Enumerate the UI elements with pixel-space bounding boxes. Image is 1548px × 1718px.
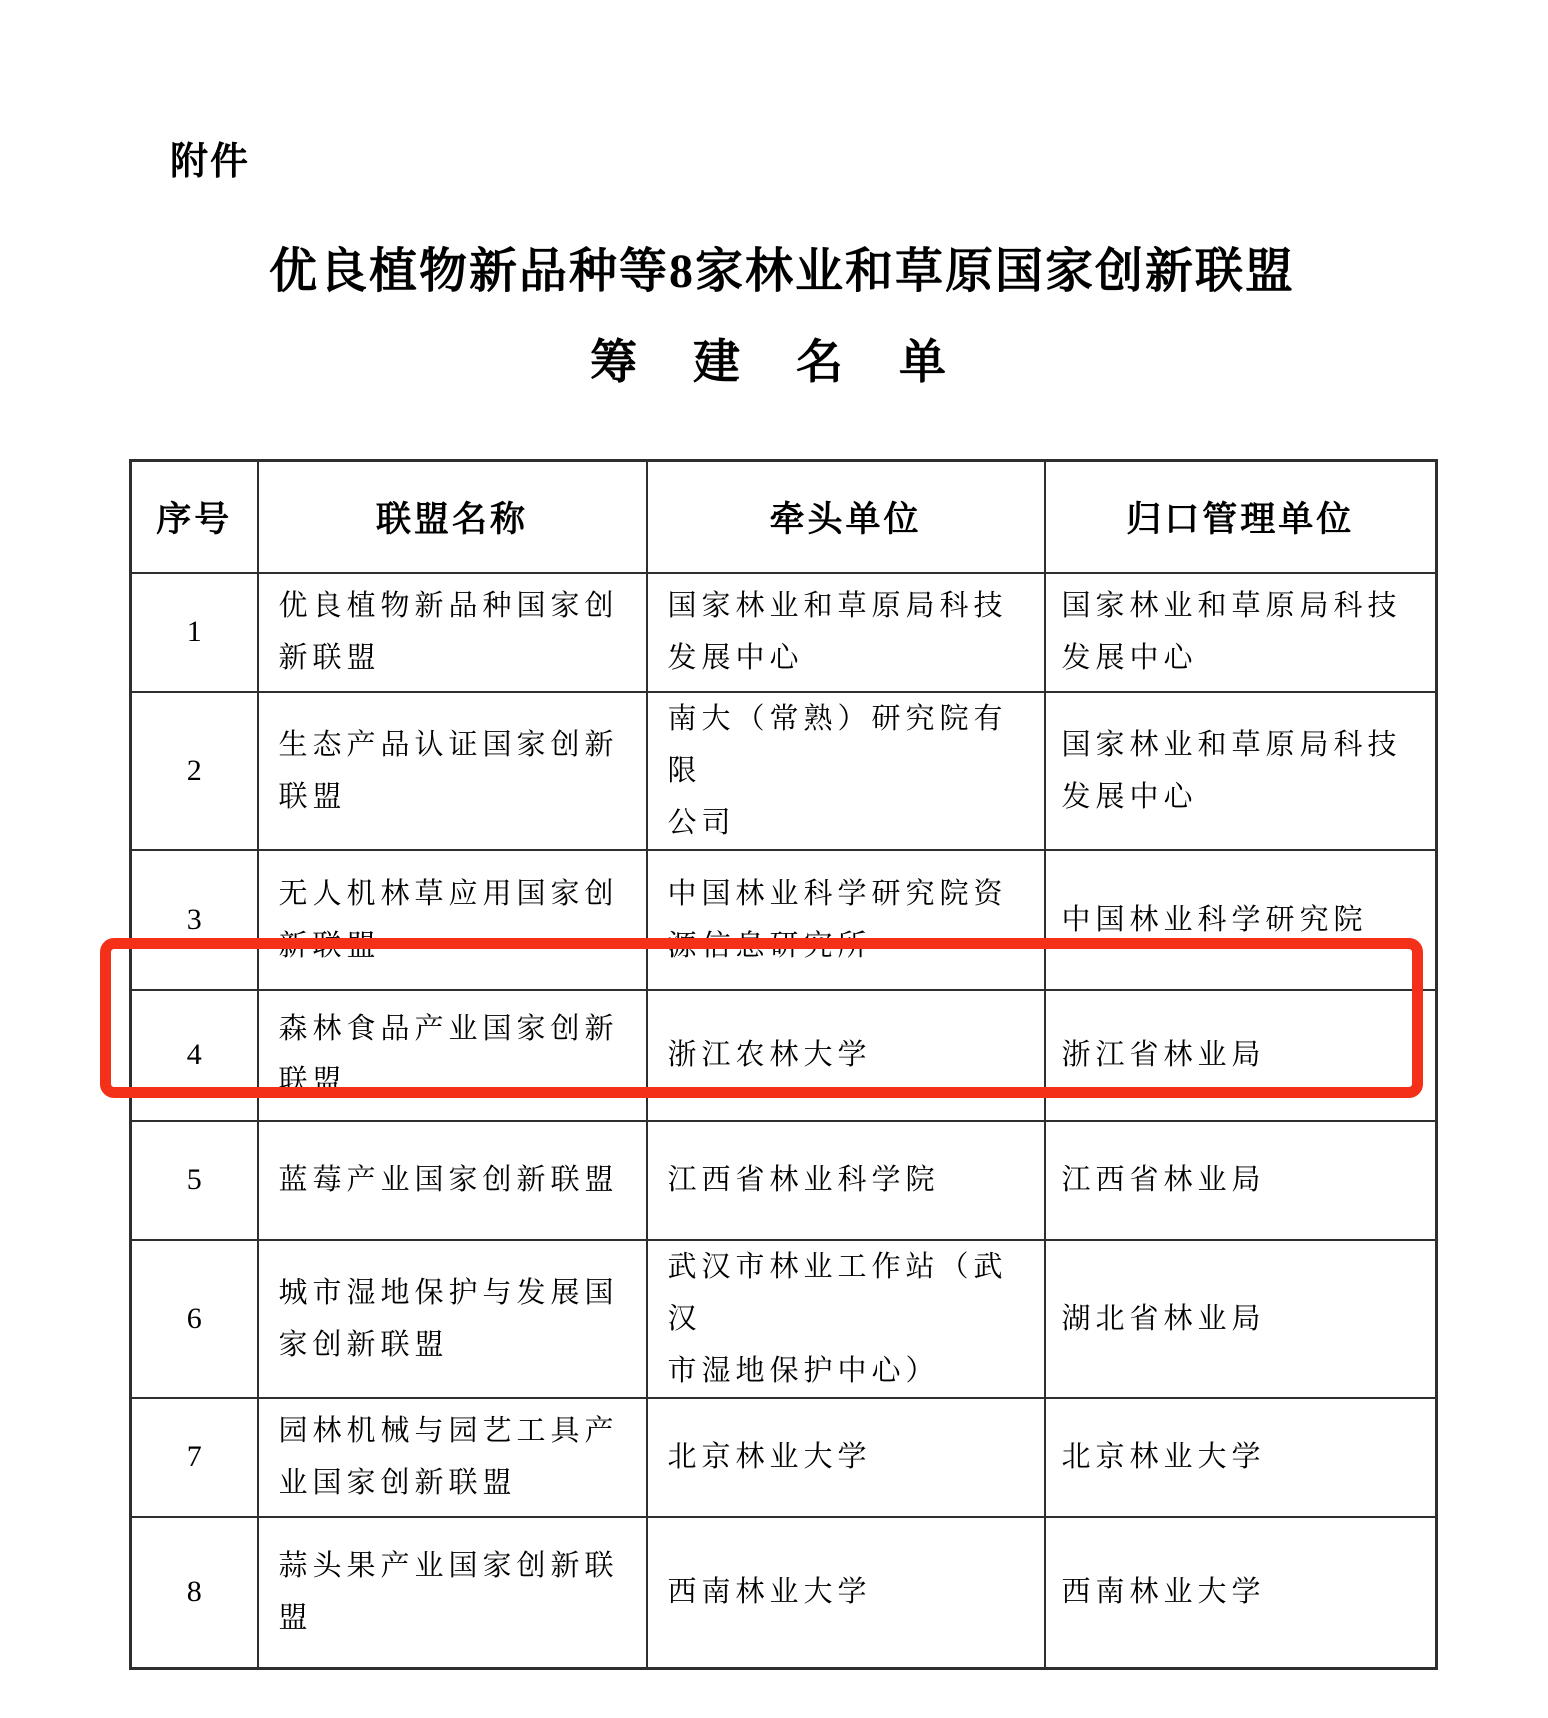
cell-lead-unit: 西南林业大学 [647,1517,1045,1669]
cell-index: 6 [131,1240,258,1398]
table-row-highlighted: 4 森林食品产业国家创新 联盟 浙江农林大学 浙江省林业局 [131,990,1437,1121]
cell-alliance-name: 优良植物新品种国家创 新联盟 [258,573,647,692]
cell-lead-unit: 江西省林业科学院 [647,1121,1045,1240]
document-title-line1: 优良植物新品种等8家林业和草原国家创新联盟 [129,240,1435,304]
cell-admin-unit: 国家林业和草原局科技 发展中心 [1045,573,1437,692]
cell-index: 2 [131,692,258,850]
cell-admin-unit: 湖北省林业局 [1045,1240,1437,1398]
document-page: 附件 优良植物新品种等8家林业和草原国家创新联盟 筹建名单 序号 联盟名称 牵头… [0,0,1548,1718]
table-row: 8 蒜头果产业国家创新联 盟 西南林业大学 西南林业大学 [131,1517,1437,1669]
cell-lead-unit: 浙江农林大学 [647,990,1045,1121]
cell-index: 1 [131,573,258,692]
cell-admin-unit: 浙江省林业局 [1045,990,1437,1121]
cell-lead-unit: 国家林业和草原局科技 发展中心 [647,573,1045,692]
cell-lead-unit: 南大（常熟）研究院有限 公司 [647,692,1045,850]
table-row: 7 园林机械与园艺工具产 业国家创新联盟 北京林业大学 北京林业大学 [131,1398,1437,1517]
cell-index: 3 [131,850,258,990]
cell-admin-unit: 西南林业大学 [1045,1517,1437,1669]
alliance-table: 序号 联盟名称 牵头单位 归口管理单位 1 优良植物新品种国家创 新联盟 国家林… [129,459,1438,1670]
table-row: 6 城市湿地保护与发展国 家创新联盟 武汉市林业工作站（武汉 市湿地保护中心） … [131,1240,1437,1398]
header-cell-admin-unit: 归口管理单位 [1045,461,1437,573]
cell-alliance-name: 森林食品产业国家创新 联盟 [258,990,647,1121]
cell-admin-unit: 江西省林业局 [1045,1121,1437,1240]
table-header-row: 序号 联盟名称 牵头单位 归口管理单位 [131,461,1437,573]
cell-lead-unit: 北京林业大学 [647,1398,1045,1517]
cell-alliance-name: 生态产品认证国家创新 联盟 [258,692,647,850]
cell-index: 4 [131,990,258,1121]
table-row: 1 优良植物新品种国家创 新联盟 国家林业和草原局科技 发展中心 国家林业和草原… [131,573,1437,692]
cell-alliance-name: 城市湿地保护与发展国 家创新联盟 [258,1240,647,1398]
table-row: 2 生态产品认证国家创新 联盟 南大（常熟）研究院有限 公司 国家林业和草原局科… [131,692,1437,850]
cell-alliance-name: 园林机械与园艺工具产 业国家创新联盟 [258,1398,647,1517]
cell-index: 8 [131,1517,258,1669]
document-title-line2: 筹建名单 [129,332,1435,394]
table-row: 5 蓝莓产业国家创新联盟 江西省林业科学院 江西省林业局 [131,1121,1437,1240]
attachment-label: 附件 [170,138,250,186]
cell-admin-unit: 中国林业科学研究院 [1045,850,1437,990]
header-cell-name: 联盟名称 [258,461,647,573]
cell-alliance-name: 蓝莓产业国家创新联盟 [258,1121,647,1240]
cell-admin-unit: 国家林业和草原局科技 发展中心 [1045,692,1437,850]
table-row: 3 无人机林草应用国家创 新联盟 中国林业科学研究院资 源信息研究所 中国林业科… [131,850,1437,990]
header-cell-lead-unit: 牵头单位 [647,461,1045,573]
cell-admin-unit: 北京林业大学 [1045,1398,1437,1517]
cell-index: 7 [131,1398,258,1517]
cell-index: 5 [131,1121,258,1240]
cell-alliance-name: 无人机林草应用国家创 新联盟 [258,850,647,990]
cell-lead-unit: 中国林业科学研究院资 源信息研究所 [647,850,1045,990]
cell-lead-unit: 武汉市林业工作站（武汉 市湿地保护中心） [647,1240,1045,1398]
cell-alliance-name: 蒜头果产业国家创新联 盟 [258,1517,647,1669]
header-cell-index: 序号 [131,461,258,573]
